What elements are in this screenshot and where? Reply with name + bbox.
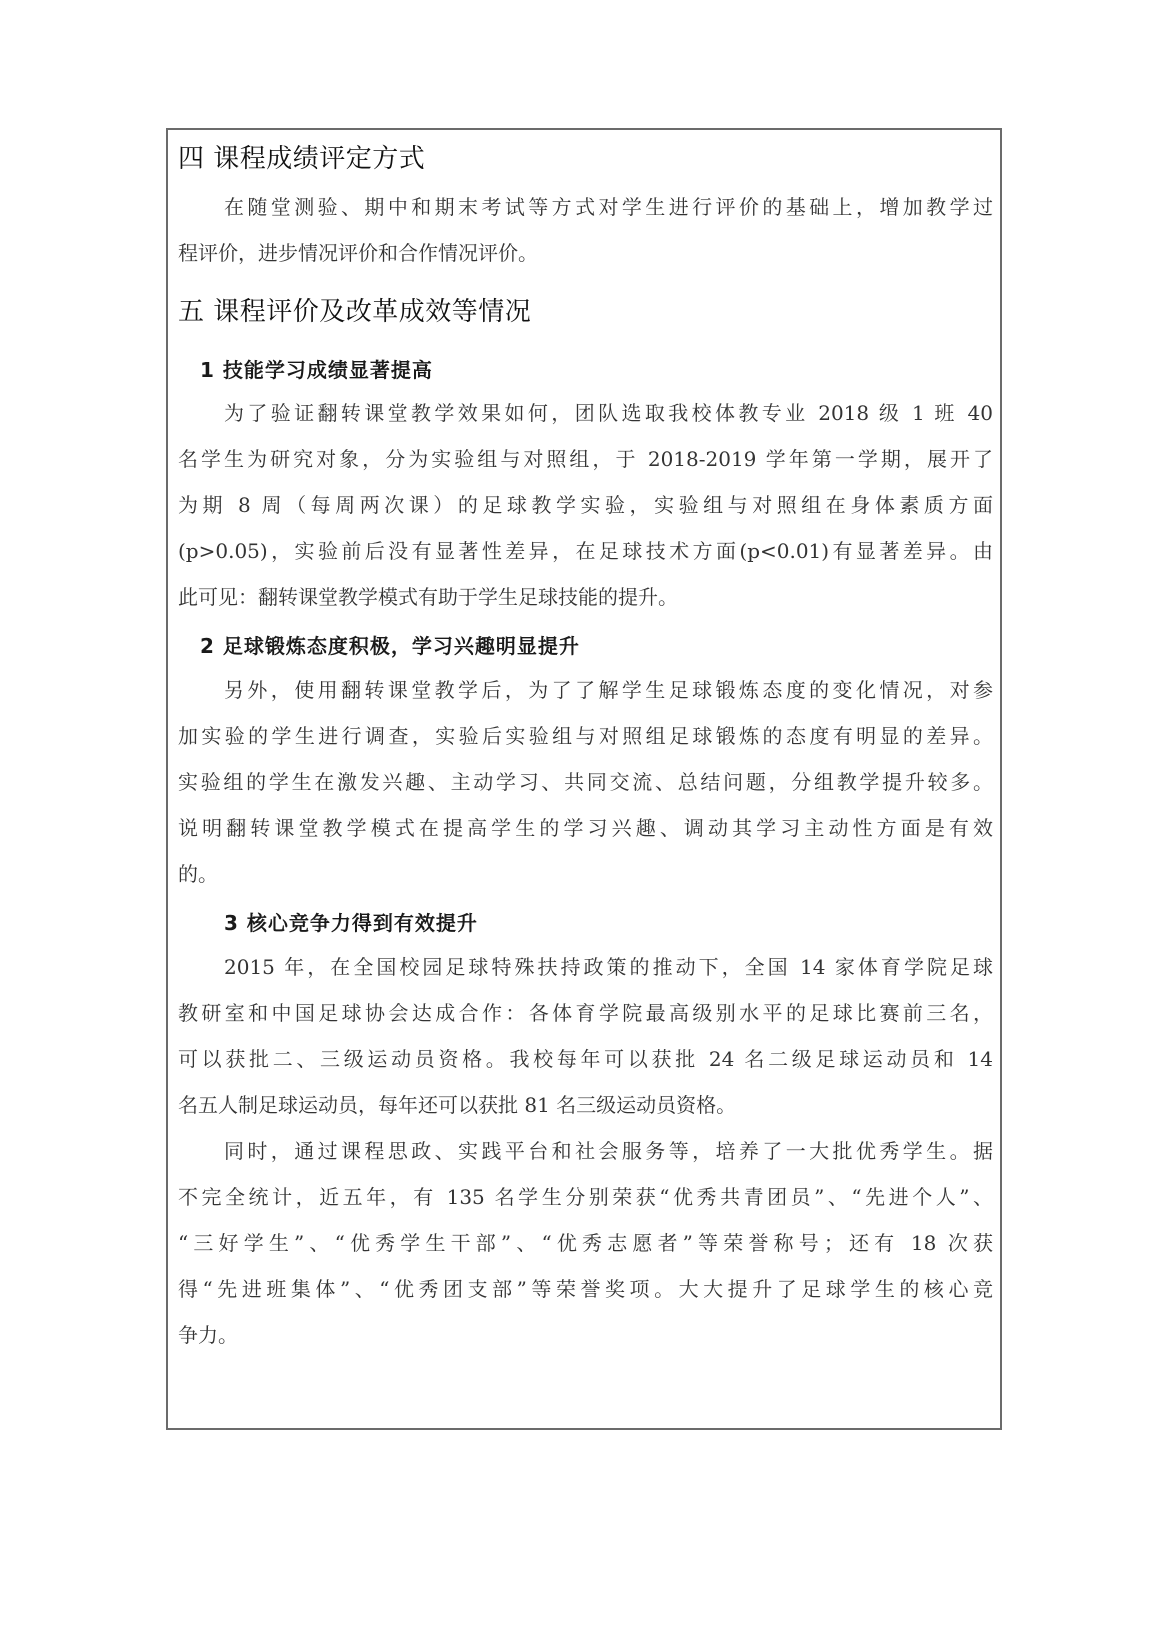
subsection-3-paragraph-line: “三好学生”、“优秀学生干部”、“优秀志愿者”等荣誉称号；还有 18 次获 bbox=[178, 1229, 993, 1257]
subsection-1-paragraph-line: 为了验证翻转课堂教学效果如何，团队选取我校体教专业 2018 级 1 班 40 bbox=[224, 399, 993, 427]
subsection-2-paragraph-line: 实验组的学生在激发兴趣、主动学习、共同交流、总结问题，分组教学提升较多。 bbox=[178, 768, 993, 796]
section-5-heading: 五 课程评价及改革成效等情况 bbox=[178, 291, 531, 328]
subsection-2-paragraph-line: 另外，使用翻转课堂教学后，为了了解学生足球锻炼态度的变化情况，对参 bbox=[224, 676, 993, 704]
subsection-1-paragraph-line: 为期 8 周（每周两次课）的足球教学实验，实验组与对照组在身体素质方面 bbox=[178, 491, 993, 519]
subsection-3-paragraph-line: 教研室和中国足球协会达成合作：各体育学院最高级别水平的足球比赛前三名， bbox=[178, 999, 993, 1027]
subsection-1-paragraph-line: 名学生为研究对象，分为实验组与对照组，于 2018-2019 学年第一学期，展开… bbox=[178, 445, 993, 473]
subsection-1-paragraph-line: 此可见：翻转课堂教学模式有助于学生足球技能的提升。 bbox=[178, 583, 993, 611]
section-4-paragraph-line: 程评价，进步情况评价和合作情况评价。 bbox=[178, 239, 993, 267]
subsection-2-paragraph-line: 说明翻转课堂教学模式在提高学生的学习兴趣、调动其学习主动性方面是有效 bbox=[178, 814, 993, 842]
subsection-1-heading: 1 技能学习成绩显著提高 bbox=[200, 354, 433, 383]
section-4-heading: 四 课程成绩评定方式 bbox=[178, 138, 425, 175]
subsection-3-paragraph-line: 不完全统计，近五年，有 135 名学生分别荣获“优秀共青团员”、“先进个人”、 bbox=[178, 1183, 993, 1211]
subsection-3-paragraph-line: 2015 年，在全国校园足球特殊扶持政策的推动下，全国 14 家体育学院足球 bbox=[224, 953, 993, 981]
subsection-1-paragraph-line: (p>0.05)，实验前后没有显著性差异，在足球技术方面(p<0.01)有显著差… bbox=[178, 537, 993, 565]
section-4-paragraph-line: 在随堂测验、期中和期末考试等方式对学生进行评价的基础上，增加教学过 bbox=[224, 193, 993, 221]
subsection-2-heading: 2 足球锻炼态度积极，学习兴趣明显提升 bbox=[200, 630, 580, 659]
subsection-3-paragraph-line: 争力。 bbox=[178, 1321, 993, 1349]
subsection-2-paragraph-line: 的。 bbox=[178, 860, 993, 888]
subsection-3-paragraph-line: 可以获批二、三级运动员资格。我校每年可以获批 24 名二级足球运动员和 14 bbox=[178, 1045, 993, 1073]
subsection-2-paragraph-line: 加实验的学生进行调查，实验后实验组与对照组足球锻炼的态度有明显的差异。 bbox=[178, 722, 993, 750]
subsection-3-paragraph-line: 同时，通过课程思政、实践平台和社会服务等，培养了一大批优秀学生。据 bbox=[224, 1137, 993, 1165]
subsection-3-paragraph-line: 得“先进班集体”、“优秀团支部”等荣誉奖项。大大提升了足球学生的核心竞 bbox=[178, 1275, 993, 1303]
subsection-3-paragraph-line: 名五人制足球运动员，每年还可以获批 81 名三级运动员资格。 bbox=[178, 1091, 993, 1119]
subsection-3-heading: 3 核心竞争力得到有效提升 bbox=[224, 907, 478, 936]
